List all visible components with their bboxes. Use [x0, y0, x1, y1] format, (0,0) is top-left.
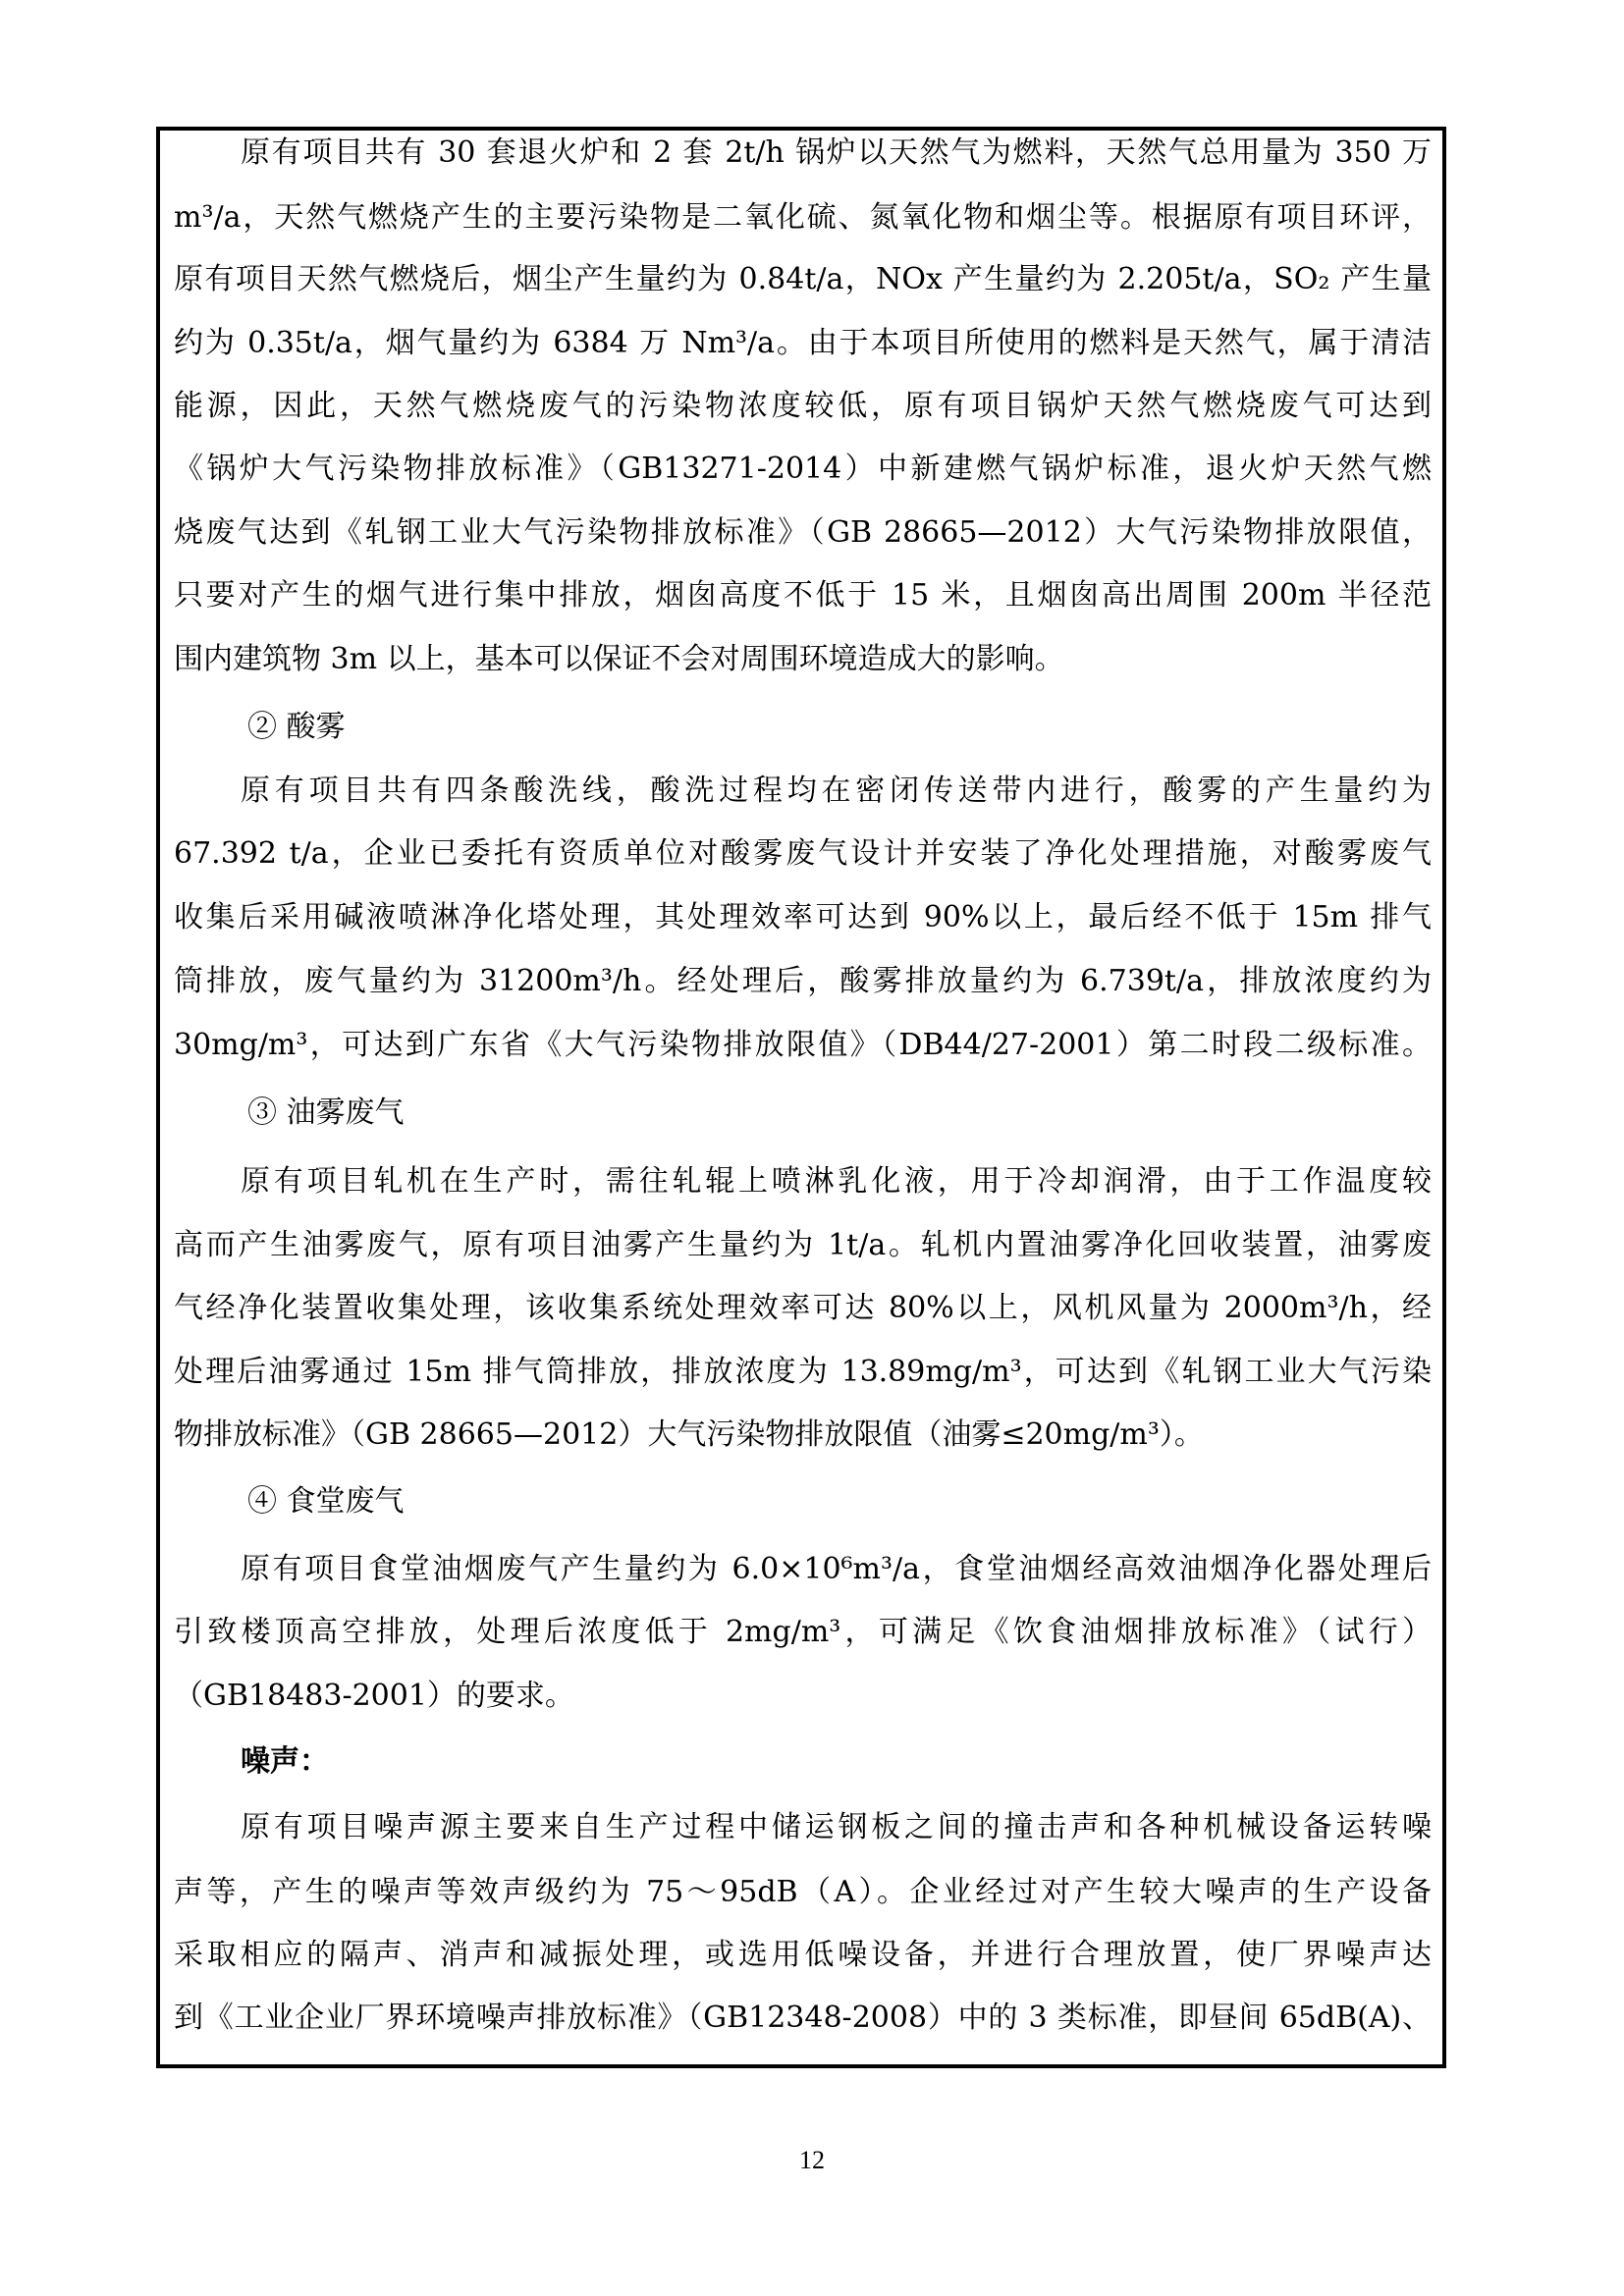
paragraph-line: 筒排放，废气量约为 31200m³/h。经处理后，酸雾排放量约为 6.739t/… — [174, 957, 1432, 1006]
section-heading-canteen-exhaust: ④ 食堂废气 — [247, 1477, 405, 1526]
paragraph-line: 烧废气达到《轧钢工业大气污染物排放标准》（GB 28665—2012）大气污染物… — [174, 508, 1432, 558]
paragraph-line: 30mg/m³，可达到广东省《大气污染物排放限值》（DB44/27-2001）第… — [174, 1021, 1432, 1070]
paragraph-line: 收集后采用碱液喷淋净化塔处理，其处理效率可达到 90%以上，最后经不低于 15m… — [174, 893, 1432, 942]
paragraph-line: 原有项目轧机在生产时，需往轧辊上喷淋乳化液，用于冷却润滑，由于工作温度较 — [241, 1157, 1432, 1206]
paragraph-line: 高而产生油雾废气，原有项目油雾产生量约为 1t/a。轧机内置油雾净化回收装置，油… — [174, 1221, 1432, 1270]
paragraph-line: 只要对产生的烟气进行集中排放，烟囱高度不低于 15 米，且烟囱高出周围 200m… — [174, 571, 1432, 620]
paragraph-line: m³/a，天然气燃烧产生的主要污染物是二氧化硫、氮氧化物和烟尘等。根据原有项目环… — [174, 193, 1432, 242]
paragraph-line: 原有项目天然气燃烧后，烟尘产生量约为 0.84t/a，NOx 产生量约为 2.2… — [174, 255, 1432, 304]
paragraph-line: 围内建筑物 3m 以上，基本可以保证不会对周围环境造成大的影响。 — [174, 635, 1432, 684]
paragraph-line: 引致楼顶高空排放，处理后浓度低于 2mg/m³，可满足《饮食油烟排放标准》（试行… — [174, 1608, 1432, 1657]
paragraph-line: 能源，因此，天然气燃烧废气的污染物浓度较低，原有项目锅炉天然气燃烧废气可达到 — [174, 382, 1432, 431]
paragraph-line: 《锅炉大气污染物排放标准》（GB13271-2014）中新建燃气锅炉标准，退火炉… — [174, 445, 1432, 494]
paragraph-line: 原有项目食堂油烟废气产生量约为 6.0×10⁶m³/a，食堂油烟经高效油烟净化器… — [241, 1545, 1432, 1594]
paragraph-line: 声等，产生的噪声等效声级约为 75～95dB（A）。企业经过对产生较大噪声的生产… — [174, 1868, 1432, 1917]
page-number: 12 — [0, 2146, 1624, 2175]
paragraph-line: 气经净化装置收集处理，该收集系统处理效率可达 80%以上，风机风量为 2000m… — [174, 1284, 1432, 1333]
paragraph-line: 原有项目共有 30 套退火炉和 2 套 2t/h 锅炉以天然气为燃料，天然气总用… — [241, 129, 1432, 178]
paragraph-line: 原有项目噪声源主要来自生产过程中储运钢板之间的撞击声和各种机械设备运转噪 — [241, 1803, 1432, 1852]
paragraph-line: 到《工业企业厂界环境噪声排放标准》（GB12348-2008）中的 3 类标准，… — [174, 1994, 1432, 2043]
section-heading-noise: 噪声： — [241, 1737, 329, 1787]
paragraph-line: 物排放标准》（GB 28665—2012）大气污染物排放限值（油雾≤20mg/m… — [174, 1411, 1432, 1460]
paragraph-line: 处理后油雾通过 15m 排气筒排放，排放浓度为 13.89mg/m³，可达到《轧… — [174, 1348, 1432, 1397]
paragraph-line: 采取相应的隔声、消声和减振处理，或选用低噪设备，并进行合理放置，使厂界噪声达 — [174, 1931, 1432, 1980]
paragraph-line: 原有项目共有四条酸洗线，酸洗过程均在密闭传送带内进行，酸雾的产生量约为 — [241, 767, 1432, 816]
section-heading-acid-mist: ② 酸雾 — [247, 703, 346, 752]
paragraph-line: 67.392 t/a，企业已委托有资质单位对酸雾废气设计并安装了净化处理措施，对… — [174, 829, 1432, 879]
paragraph-line: （GB18483-2001）的要求。 — [174, 1672, 1432, 1721]
paragraph-line: 约为 0.35t/a，烟气量约为 6384 万 Nm³/a。由于本项目所使用的燃… — [174, 319, 1432, 368]
section-heading-oil-mist: ③ 油雾废气 — [247, 1089, 405, 1138]
